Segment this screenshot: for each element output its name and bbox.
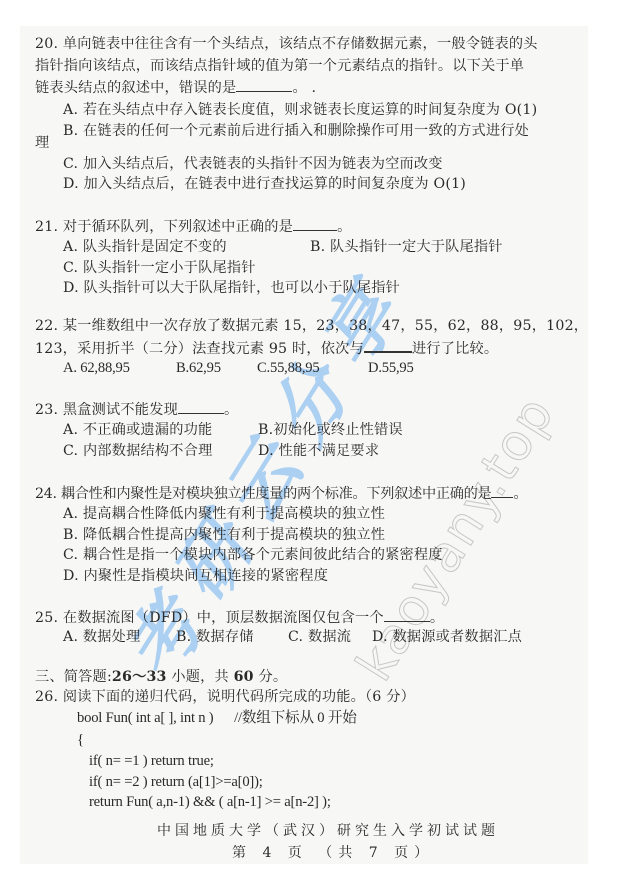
option-25-b: B. 数据存储 — [176, 627, 254, 647]
option-21-b: B. 队头指针一定大于队尾指针 — [310, 237, 503, 257]
option-25-d: D. 数据源或者数据汇点 — [372, 627, 522, 647]
option-22-d: D.55,95 — [368, 358, 414, 378]
option-24-c: C. 耦合性是指一个模块内部各个元素间彼此结合的紧密程度 — [63, 545, 443, 565]
question-22-line-1: 22. 某一维数组中一次存放了数据元素 15，23，38，47，55，62，88… — [35, 316, 588, 336]
option-24-a: A. 提高耦合性降低内聚性有利于提高模块的独立性 — [63, 504, 385, 524]
section-3-suffix: 分。 — [254, 669, 288, 685]
question-23-stem: 23. 黑盒测试不能发现。 — [35, 399, 238, 420]
code-line-1: bool Fun( int a[ ], int n ) //数组下标从 0 开始 — [77, 708, 357, 728]
option-25-a: A. 数据处理 — [63, 627, 140, 647]
option-20-b: B. 在链表的任何一个元素前后进行插入和删除操作可用一致的方式进行处 — [63, 121, 529, 141]
question-23-tail: 。 — [224, 402, 238, 418]
option-20-c: C. 加入头结点后，代表链表的头指针不因为链表为空而改变 — [63, 154, 443, 174]
question-22-text: 123，采用折半（二分）法查找元素 95 时，依次与 — [35, 341, 364, 357]
option-20-d: D. 加入头结点后，在链表中进行查找运算的时间复杂度为 O(1) — [63, 174, 466, 194]
option-24-d: D. 内聚性是指模块间互相连接的紧密程度 — [63, 566, 328, 586]
question-20-line-2: 指针指向该结点，而该结点指针域的值为第一个元素结点的指针。以下关于单 — [35, 56, 524, 76]
question-21-tail: 。 — [337, 219, 351, 235]
code-line-4: if( n= =2 ) return (a[1]>=a[0]); — [89, 772, 263, 792]
question-21-stem: 21. 对于循环队列，下列叙述中正确的是。 — [35, 216, 351, 237]
option-25-c: C. 数据流 — [288, 627, 351, 647]
code-line-5: return Fun( a,n-1) && ( a[n-1] >= a[n-2]… — [89, 792, 331, 812]
option-23-b: B.初始化或终止性错误 — [258, 420, 403, 440]
question-25-tail: 。 — [430, 610, 444, 626]
answer-blank — [236, 77, 292, 92]
answer-blank — [364, 337, 412, 353]
question-20-line-1: 20. 单向链表中往往含有一个头结点，该结点不存储数据元素，一般令链表的头 — [35, 34, 538, 54]
option-23-a: A. 不正确或遗漏的功能 — [63, 420, 212, 440]
section-3-points: 60 — [234, 669, 254, 685]
option-21-c: C. 队头指针一定小于队尾指针 — [63, 258, 256, 278]
code-line-3: if( n= =1 ) return true; — [89, 751, 214, 771]
answer-blank — [293, 216, 337, 231]
question-26-stem: 26. 阅读下面的递归代码，说明代码所完成的功能。（6 分） — [35, 687, 415, 707]
option-21-a: A. 队头指针是固定不变的 — [63, 237, 227, 257]
option-23-d: D. 性能不满足要求 — [258, 441, 379, 461]
question-21-text: 21. 对于循环队列，下列叙述中正确的是 — [35, 219, 293, 235]
option-20-a: A. 若在头结点中存入链表长度值，则求链表长度运算的时间复杂度为 O(1) — [63, 100, 537, 120]
option-22-a: A. 62,88,95 — [63, 358, 130, 378]
option-21-d: D. 队头指针可以大于队尾指针，也可以小于队尾指针 — [63, 278, 400, 298]
answer-blank — [178, 399, 224, 414]
question-20-tail: 。 . — [292, 80, 316, 96]
section-3-heading: 三、简答题:26～33 小题，共 60 分。 — [35, 667, 287, 687]
option-24-b: B. 降低耦合性提高内聚性有利于提高模块的独立性 — [63, 525, 385, 545]
question-22-tail: 进行了比较。 — [412, 341, 498, 357]
footer-page-number: 第 4 页 （共 7 页） — [232, 843, 434, 863]
section-3-range: 26～33 — [112, 669, 167, 685]
question-24-tail: 。 — [513, 486, 527, 502]
option-22-b: B.62,95 — [176, 358, 221, 378]
question-20-line-3: 链表头结点的叙述中，错误的是。 . — [35, 77, 316, 98]
question-24-stem: 24. 耦合性和内聚性是对模块独立性度量的两个标准。下列叙述中正确的是。 — [35, 483, 527, 504]
option-22-c: C.55,88,95 — [257, 358, 319, 378]
question-25-stem: 25. 在数据流图（DFD）中，顶层数据流图仅包含一个。 — [35, 607, 444, 628]
code-line-2: { — [77, 730, 84, 750]
question-23-text: 23. 黑盒测试不能发现 — [35, 402, 178, 418]
question-24-text: 24. 耦合性和内聚性是对模块独立性度量的两个标准。下列叙述中正确的是 — [35, 486, 491, 502]
question-20-stem-end: 链表头结点的叙述中，错误的是 — [35, 80, 236, 96]
question-22-line-2: 123，采用折半（二分）法查找元素 95 时，依次与进行了比较。 — [35, 337, 498, 359]
answer-blank — [384, 607, 430, 622]
option-20-b-wrap: 理 — [35, 133, 49, 153]
footer-school: 中国地质大学（武汉）研究生入学初试试题 — [157, 821, 499, 841]
question-25-text: 25. 在数据流图（DFD）中，顶层数据流图仅包含一个 — [35, 610, 384, 626]
section-3-prefix: 三、简答题: — [35, 669, 112, 685]
option-23-c: C. 内部数据结构不合理 — [63, 441, 212, 461]
section-3-mid: 小题，共 — [167, 669, 234, 685]
answer-blank — [491, 483, 513, 498]
